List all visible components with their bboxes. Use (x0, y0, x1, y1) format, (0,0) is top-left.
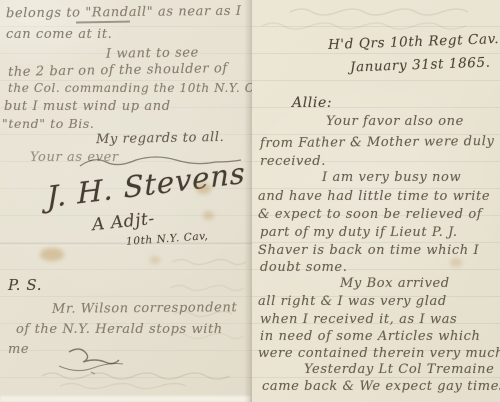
right-body-line: and have had little time to write (258, 189, 490, 204)
salutation: Allie: (292, 95, 332, 111)
right-body-line: received. (260, 154, 326, 169)
left-body-line: "tend" to Bis. (2, 116, 94, 131)
left-body-line: the 2 bar on of the shoulder of (8, 61, 228, 80)
paper-stain (150, 256, 160, 264)
paper-stain (450, 258, 462, 267)
right-body-line: I am very busy now (322, 170, 461, 185)
letter-left-page: belongs to "Randall" as near as I can co… (0, 0, 252, 402)
fold-crease (0, 243, 252, 246)
postscript-label: P. S. (8, 276, 42, 294)
left-body-line: the Col. commanding the 10th N.Y. Cav, (8, 81, 273, 95)
heading-date: January 31st 1865. (350, 55, 491, 76)
right-body-line: were contained therein very much. (258, 346, 500, 361)
heading-headquarters: H'd Qrs 10th Regt Cav. (328, 31, 500, 53)
closing-line: My regards to all. (96, 130, 225, 147)
postscript-line: me (8, 342, 29, 357)
right-body-line: when I received it, as I was (260, 312, 457, 327)
right-body-line: Yesterday Lt Col Tremaine (304, 362, 494, 377)
bleed-through-ghost-writing (40, 366, 250, 392)
right-body-line: part of my duty if Lieut P. J. (260, 225, 458, 240)
right-body-line: Your favor also one (326, 114, 464, 129)
right-body-line: in need of some Articles which (260, 329, 481, 344)
underline-randall (76, 21, 130, 23)
right-body-line: & expect to soon be relieved of (258, 207, 482, 222)
right-body-line: doubt some. (260, 260, 347, 275)
signature-title: A Adjt- (91, 209, 156, 235)
letter-right-page: H'd Qrs 10th Regt Cav. January 31st 1865… (252, 0, 500, 402)
paper-stain (40, 248, 64, 261)
paper-stain (203, 211, 214, 220)
left-body-line: belongs to "Randall" as near as I (6, 4, 242, 21)
right-body-line: all right & I was very glad (258, 294, 447, 309)
right-body-line: Shaver is back on time which I (258, 243, 479, 258)
letter-scan: belongs to "Randall" as near as I can co… (0, 0, 500, 402)
bleed-through-ghost-writing (168, 252, 248, 342)
right-body-line: came back & We expect gay times (262, 379, 500, 394)
left-body-line: can come at it. (6, 27, 112, 42)
left-body-line: I want to see (106, 45, 199, 61)
paper-stain (196, 183, 211, 194)
left-body-line: but I must wind up and (4, 99, 171, 114)
right-body-line: My Box arrived (340, 276, 450, 291)
bleed-through-ghost-writing (260, 2, 496, 32)
right-body-line: from Father & Mother were duly (260, 134, 494, 151)
scan-edge (0, 396, 250, 402)
